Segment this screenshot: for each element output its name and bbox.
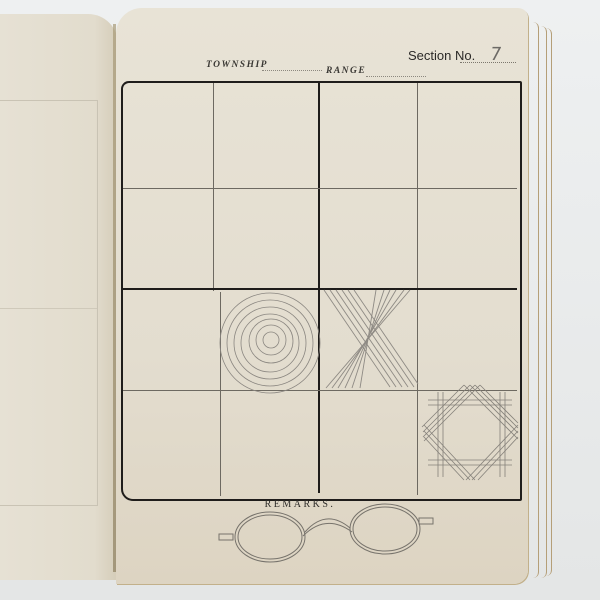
- concentric-circles: [220, 293, 320, 393]
- remarks-label: REMARKS.: [0, 499, 600, 510]
- pencil-drawings: [0, 0, 600, 600]
- spectacles-drawing: [219, 504, 433, 562]
- crossed-lines: [324, 290, 418, 388]
- diamond-lattice: [422, 385, 518, 480]
